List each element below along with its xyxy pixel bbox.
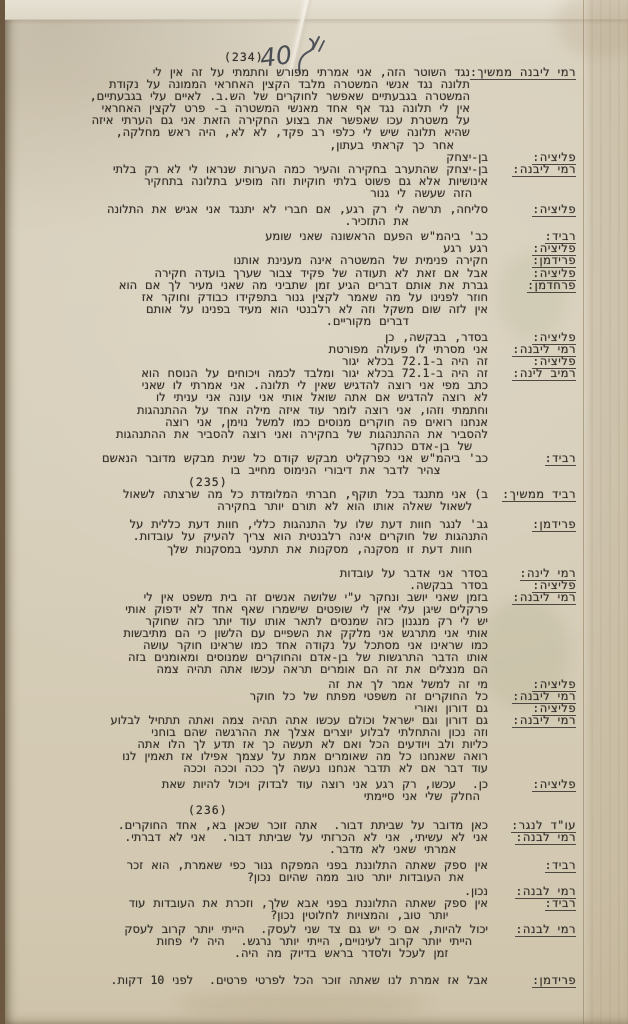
transcript-turn: פליציה:סליחה, תרשה לי רק רגע, אם חברי לא… <box>26 203 576 227</box>
speaker-label: פרידמן: <box>532 517 576 532</box>
speaker-label: רמי לבנה: <box>515 830 576 845</box>
transcript-turn: פרידמן:גב' לנגר חוות דעת שלו על התנהגות … <box>26 518 576 554</box>
transcript-turn: רמי לבנה:יכול להיות, אם כי יש גם צד שני … <box>26 923 576 959</box>
speech-text: גב' לנגר חוות דעת שלו על התנהגות כללי, ח… <box>26 518 488 554</box>
transcript-turn: רביד:כב' ביהמ"ש אני כפרקליט מבקש קודם כל… <box>26 452 576 476</box>
speech-text: כב' ביהמ"ש אני כפרקליט מבקש קודם כל שנית… <box>26 452 488 476</box>
speaker-cell: רמי לבנה: <box>488 831 576 843</box>
speaker-label: רמי לבנה: <box>515 922 576 937</box>
speech-text: אני לא עשיתי, אני לא הכרזתי על שביתת דבו… <box>26 831 488 855</box>
speaker-cell: פליציה: <box>488 267 576 279</box>
speaker-cell: רמי ליבנה: <box>488 591 576 603</box>
transcript-turn: רמי לבנה:אני לא עשיתי, אני לא הכרזתי על … <box>26 831 576 855</box>
transcript-turn: פליציה:מי זה למשל אמר לך את זה <box>26 678 576 690</box>
speaker-cell: רמיב לינה: <box>488 367 576 379</box>
transcript-turn: רמי ליבנה:גם דורון וגם ישראל וכולם עכשו … <box>26 714 576 774</box>
speaker-cell: רביד: <box>488 897 576 909</box>
speech-text: כל החוקרים זה משפטי מפתח של כל חוקר <box>26 690 488 702</box>
speaker-cell: פרחדמן: <box>488 279 576 291</box>
speaker-label: פליציה: <box>532 202 576 217</box>
speaker-label: רמי ליבנה: <box>512 590 576 605</box>
speech-text: אבל אז אמרת לנו שאתה זוכר הכל לפרטי פרטי… <box>26 974 488 986</box>
speaker-cell: רמי ליבנה: <box>488 714 576 726</box>
speaker-label: פרחדמן: <box>527 278 576 293</box>
speech-text: אין ספק שאתה התלוננת בפני אבא שלך, וזכרת… <box>26 897 488 921</box>
speaker-cell: פליציה: <box>488 203 576 215</box>
transcript-turn: פליציה:גם דורון ואורי <box>26 702 576 714</box>
transcript-turn: רמי ליבנה:בזמן שאני יושב ונחקר ע"י שלושה… <box>26 591 576 676</box>
speaker-cell: פרידמן: <box>488 974 576 986</box>
speech-text: בזמן שאני יושב ונחקר ע"י שלושה אנשים זה … <box>26 591 488 676</box>
speech-text: יכול להיות, אם כי יש גם צד שני לעסק. היי… <box>26 923 488 959</box>
transcript-turn: רביד:כב' ביהמ"ש הפעם הראשונה שאני שומע <box>26 230 576 242</box>
speech-text: זה היה ב-72.1 בכלא יגור ומלבד לכמה ויכוח… <box>26 367 488 452</box>
speaker-cell: פרידמן: <box>488 518 576 530</box>
speaker-cell: רביד ממשיך: <box>488 488 576 500</box>
speaker-cell: רמי ליבנה ממשיך: <box>470 66 576 78</box>
transcript-turn: רמי לינה:בסדר אני אדבר על עובדות <box>26 567 576 579</box>
transcript-turn: רביד:אין ספק שאתה התלוננת בפני אבא שלך, … <box>26 897 576 921</box>
speaker-cell: רמי ליבנה: <box>488 163 576 175</box>
transcript-turn: רמי ליבנה:אני מסרתי לו פעולה מפורטת <box>26 343 576 355</box>
speaker-label: רביד: <box>545 858 576 873</box>
speech-text: גברת את אותם דברים הגיע זמן שתביני מה שא… <box>26 279 488 327</box>
speech-text: סליחה, תרשה לי רק רגע, אם חברי לא יתנגד … <box>26 203 488 227</box>
transcript-turn: פליציה:בסדר, בבקשה, כן <box>26 331 576 343</box>
speaker-label: רמי ליבנה ממשיך: <box>470 65 576 80</box>
speech-text: גם דורון וגם ישראל וכולם עכשו אתה תהיה צ… <box>26 714 488 774</box>
speaker-cell: פליציה: <box>488 702 576 714</box>
transcript-turn: רמי ליבנה ממשיך:נגד השוטר הזה, אני אמרתי… <box>26 66 576 151</box>
paper-right-edge <box>583 0 628 1024</box>
speech-text: בסדר אני אדבר על עובדות <box>26 567 488 579</box>
speaker-cell: רביד: <box>488 859 576 871</box>
page-number: (236) <box>26 804 576 816</box>
speech-text: כאן מדובר על שביתת דבור. אתה זוכר שכאן ב… <box>26 819 488 831</box>
speech-text: כב' ביהמ"ש הפעם הראשונה שאני שומע <box>26 230 488 242</box>
speaker-cell: רמי לבנה: <box>488 923 576 935</box>
transcript-turn: רמיב לינה:זה היה ב-72.1 בכלא יגור ומלבד … <box>26 367 576 452</box>
transcript-turn: פרחדמן:גברת את אותם דברים הגיע זמן שתבינ… <box>26 279 576 327</box>
transcript-turn: רביד ממשיך:ב) אני מתנגד בכל תוקף, חברתי … <box>26 488 576 512</box>
speaker-label: רביד: <box>545 451 576 466</box>
transcript-turn: עו"ד לנגר:כאן מדובר על שביתת דבור. אתה ז… <box>26 819 576 831</box>
speaker-label: רמי ליבנה: <box>512 713 576 728</box>
speaker-label: רמי ליבנה: <box>512 162 576 177</box>
speaker-cell: רביד: <box>488 452 576 464</box>
transcript-turn: רביד:אין ספק שאתה התלוננת בפני המפקח גנו… <box>26 859 576 883</box>
speaker-cell: פליציה: <box>488 778 576 790</box>
transcript-turn: פליציה:אבל אם זאת לא תעודה של פקיד צבור … <box>26 267 576 279</box>
transcript: רמי ליבנה ממשיך:נגד השוטר הזה, אני אמרתי… <box>26 66 576 986</box>
speech-text: גם דורון ואורי <box>26 702 488 714</box>
page-number-top: (234) <box>224 50 264 64</box>
speaker-label: רמיב לינה: <box>512 366 576 381</box>
speech-text: כן. עכשו, רק רגע אני רוצה עוד לבדוק ויכו… <box>26 778 488 802</box>
speaker-cell: פרידמן: <box>488 254 576 266</box>
speaker-cell: רמי ליבנה: <box>488 690 576 702</box>
speech-text: מי זה למשל אמר לך את זה <box>26 678 488 690</box>
speaker-cell: פליציה: <box>488 678 576 690</box>
speaker-cell: רמי לינה: <box>488 567 576 579</box>
speech-text: נגד השוטר הזה, אני אמרתי מפורש וחתמתי על… <box>26 66 470 151</box>
transcript-turn: פליציה:כן. עכשו, רק רגע אני רוצה עוד לבד… <box>26 778 576 802</box>
speaker-label: פרידמן: <box>532 973 576 988</box>
speaker-label: רביד ממשיך: <box>502 487 576 502</box>
paper-smudge <box>178 992 428 1018</box>
transcript-turn: פליציה:בן-יצחק <box>26 151 576 163</box>
transcript-turn: רמי ליבנה:בן-יצחק שהתערב בחקירה והעיר כמ… <box>26 163 576 199</box>
paper-top-edge <box>5 0 628 20</box>
speaker-cell: עו"ד לנגר: <box>488 819 576 831</box>
transcript-turn: פרידמן:חקירה פנימית של המשטרה אינה מענינ… <box>26 254 576 266</box>
transcript-turn: רמי ליבנה:כל החוקרים זה משפטי מפתח של כל… <box>26 690 576 702</box>
speaker-cell: פליציה: <box>488 151 576 163</box>
speech-text: חקירה פנימית של המשטרה אינה מענינת אותנו <box>26 254 488 266</box>
scanned-document-photo: { "page_numbers": { "top": "(234)", "mid… <box>0 0 628 1024</box>
speaker-label: רביד: <box>545 896 576 911</box>
speech-text: ב) אני מתנגד בכל תוקף, חברתי המלומדת כל … <box>26 488 488 512</box>
speech-text: בן-יצחק שהתערב בחקירה והעיר כמה הערות שנ… <box>26 163 488 199</box>
speech-text: בן-יצחק <box>26 151 488 163</box>
transcript-turn: פרידמן:אבל אז אמרת לנו שאתה זוכר הכל לפר… <box>26 974 576 986</box>
speech-text: אין ספק שאתה התלוננת בפני המפקח גנור כפי… <box>26 859 488 883</box>
speaker-label: פליציה: <box>532 777 576 792</box>
speech-text: אבל אם זאת לא תעודה של פקיד צבור שערך בו… <box>26 267 488 279</box>
